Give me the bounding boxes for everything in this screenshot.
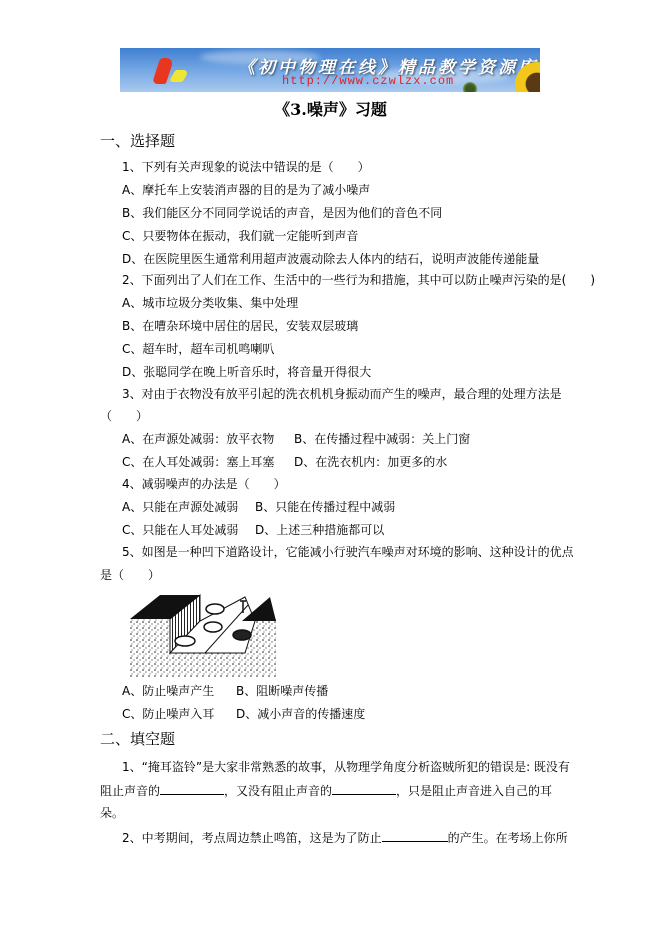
question-1-option-d: D、在医院里医生通常利用超声波震动除去人体内的结石，说明声波能传递能量 — [122, 252, 539, 266]
question-2-option-a: A、城市垃圾分类收集、集中处理 — [122, 296, 298, 310]
question-5-option-b: B、阻断噪声传播 — [236, 684, 328, 698]
logo-icon-accent — [169, 70, 190, 82]
question-4-option-d: D、上述三种措施都可以 — [255, 523, 384, 537]
fill-1-text-a: 阻止声音的 — [100, 784, 160, 798]
question-4-option-c: C、只能在人耳处减弱 — [122, 523, 238, 537]
question-2-option-c: C、超车时，超车司机鸣喇叭 — [122, 342, 274, 356]
question-2-option-d: D、张聪同学在晚上听音乐时，将音量开得很大 — [122, 365, 371, 379]
question-5-option-c: C、防止噪声入耳 — [122, 707, 214, 721]
fill-2-line-1: 2、中考期间，考点周边禁止鸣笛，这是为了防止的产生。在考场上你所 — [122, 830, 568, 845]
question-3-stem-cont: （ ） — [100, 409, 148, 423]
question-2-option-b: B、在嘈杂环境中居住的居民，安装双层玻璃 — [122, 319, 358, 333]
page-title: 《3.噪声》习题 — [0, 97, 661, 120]
question-1-option-b: B、我们能区分不同同学说话的声音，是因为他们的音色不同 — [122, 206, 442, 220]
fill-2-blank-1[interactable] — [382, 830, 448, 842]
fill-2-text-a: 2、中考期间，考点周边禁止鸣笛，这是为了防止 — [122, 831, 382, 845]
question-3-option-c: C、在人耳处减弱：塞上耳塞 — [122, 455, 274, 469]
question-4-stem: 4、减弱噪声的办法是（ ） — [122, 477, 286, 491]
fill-1-text-b: ，又没有阻止声音的 — [224, 784, 332, 798]
question-4-option-a: A、只能在声源处减弱 — [122, 500, 238, 514]
question-5-stem-cont: 是（ ） — [100, 568, 160, 582]
section-heading-choice: 一、选择题 — [100, 130, 175, 151]
fill-1-line-2: 阻止声音的，又没有阻止声音的，只是阻止声音进入自己的耳 — [100, 783, 552, 798]
question-2-stem: 2、下面列出了人们在工作、生活中的一些行为和措施，其中可以防止噪声污染的是( ) — [122, 273, 595, 287]
fill-1-line-1: 1、“掩耳盗铃”是大家非常熟悉的故事，从物理学角度分析盗贼所犯的错误是: 既没有 — [122, 760, 570, 774]
section-heading-fill: 二、填空题 — [100, 728, 175, 749]
question-1-option-a: A、摩托车上安装消声器的目的是为了减小噪声 — [122, 183, 370, 197]
question-4-option-b: B、只能在传播过程中减弱 — [255, 500, 395, 514]
fill-2-text-b: 的产生。在考场上你所 — [448, 831, 568, 845]
sunken-road-illustration — [130, 591, 276, 677]
leaf-decoration — [462, 82, 478, 92]
question-3-option-d: D、在洗衣机内：加更多的水 — [294, 455, 447, 469]
question-1-stem: 1、下列有关声现象的说法中错误的是（ ） — [122, 160, 370, 174]
fill-1-text-c: ，只是阻止声音进入自己的耳 — [396, 784, 552, 798]
question-3-option-a: A、在声源处减弱：放平衣物 — [122, 432, 274, 446]
question-3-option-b: B、在传播过程中减弱：关上门窗 — [294, 432, 470, 446]
question-5-stem: 5、如图是一种凹下道路设计，它能减小行驶汽车噪声对环境的影响、这种设计的优点 — [122, 545, 574, 559]
question-5-option-d: D、减小声音的传播速度 — [236, 707, 365, 721]
question-5-option-a: A、防止噪声产生 — [122, 684, 214, 698]
fill-1-line-3: 朵。 — [100, 806, 124, 820]
banner-url: http://www.czwlzx.com — [282, 74, 454, 88]
site-banner: 《初中物理在线》精品教学资源库 http://www.czwlzx.com — [120, 48, 540, 92]
question-1-option-c: C、只要物体在振动，我们就一定能听到声音 — [122, 229, 358, 243]
fill-1-blank-2[interactable] — [332, 783, 396, 795]
question-3-stem: 3、对由于衣物没有放平引起的洗衣机机身振动而产生的噪声，最合理的处理方法是 — [122, 387, 562, 401]
fill-1-blank-1[interactable] — [160, 783, 224, 795]
